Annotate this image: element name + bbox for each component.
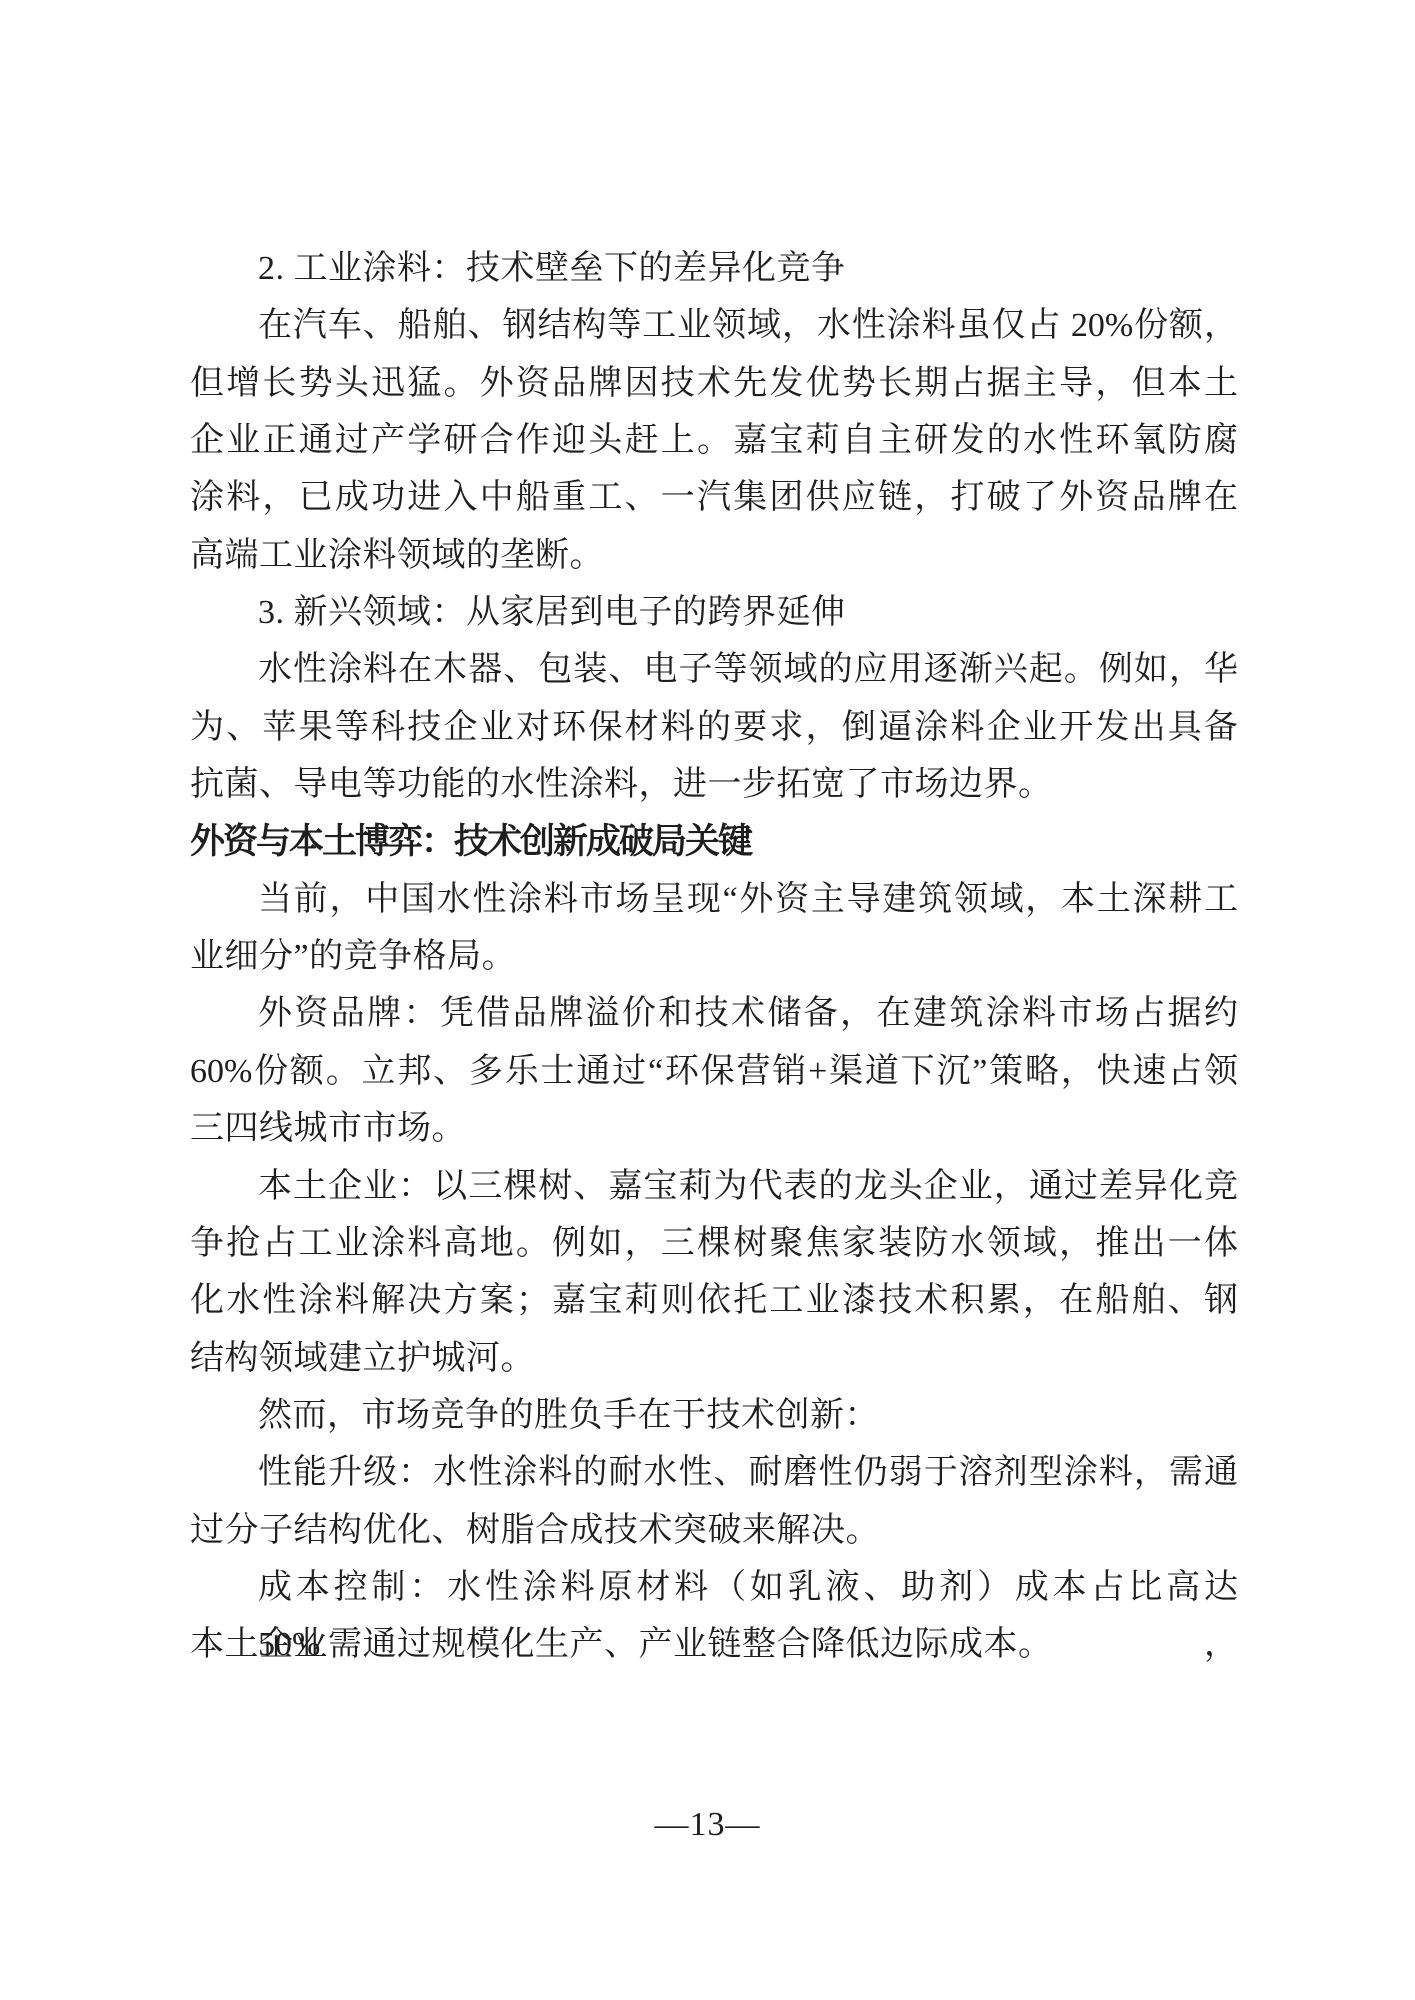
text-line: 抗菌、导电等功能的水性涂料，进一步拓宽了市场边界。 [190, 756, 1238, 813]
text-line: 在汽车、船舶、钢结构等工业领域，水性涂料虽仅占 20%份额， [190, 297, 1238, 354]
text-line: 外资品牌：凭借品牌溢价和技术储备，在建筑涂料市场占据约 [190, 985, 1238, 1042]
text-line: 为、苹果等科技企业对环保材料的要求，倒逼涂料企业开发出具备 [190, 699, 1238, 756]
text-line: 结构领域建立护城河。 [190, 1330, 1238, 1387]
section-heading-line: 外资与本土博弈：技术创新成破局关键 [190, 813, 1238, 870]
text-line: 高端工业涂料领域的垄断。 [190, 527, 1238, 584]
text-line: 三四线城市市场。 [190, 1100, 1238, 1157]
text-line: 成本控制：水性涂料原材料（如乳液、助剂）成本占比高达 50%， [190, 1559, 1238, 1616]
text-line: 化水性涂料解决方案；嘉宝莉则依托工业漆技术积累，在船舶、钢 [190, 1272, 1238, 1329]
text-line: 2. 工业涂料：技术壁垒下的差异化竞争 [190, 240, 1238, 297]
text-line: 然而，市场竞争的胜负手在于技术创新： [190, 1387, 1238, 1444]
text-line: 性能升级：水性涂料的耐水性、耐磨性仍弱于溶剂型涂料，需通 [190, 1444, 1238, 1501]
text-line: 3. 新兴领域：从家居到电子的跨界延伸 [190, 584, 1238, 641]
text-line: 业细分”的竞争格局。 [190, 928, 1238, 985]
text-line: 水性涂料在木器、包装、电子等领域的应用逐渐兴起。例如，华 [190, 641, 1238, 698]
text-line: 本土企业：以三棵树、嘉宝莉为代表的龙头企业，通过差异化竞 [190, 1158, 1238, 1215]
text-line: 争抢占工业涂料高地。例如，三棵树聚焦家装防水领域，推出一体 [190, 1215, 1238, 1272]
page-number: —13— [0, 1806, 1415, 1844]
text-line: 企业正通过产学研合作迎头赶上。嘉宝莉自主研发的水性环氧防腐 [190, 412, 1238, 469]
text-line: 过分子结构优化、树脂合成技术突破来解决。 [190, 1502, 1238, 1559]
document-page: 2. 工业涂料：技术壁垒下的差异化竞争在汽车、船舶、钢结构等工业领域，水性涂料虽… [0, 0, 1415, 2000]
text-line: 当前，中国水性涂料市场呈现“外资主导建筑领域，本土深耕工 [190, 871, 1238, 928]
text-line: 但增长势头迅猛。外资品牌因技术先发优势长期占据主导，但本土 [190, 355, 1238, 412]
text-line: 涂料，已成功进入中船重工、一汽集团供应链，打破了外资品牌在 [190, 469, 1238, 526]
page-body-text: 2. 工业涂料：技术壁垒下的差异化竞争在汽车、船舶、钢结构等工业领域，水性涂料虽… [190, 240, 1238, 1674]
text-line: 60%份额。立邦、多乐士通过“环保营销+渠道下沉”策略，快速占领 [190, 1043, 1238, 1100]
